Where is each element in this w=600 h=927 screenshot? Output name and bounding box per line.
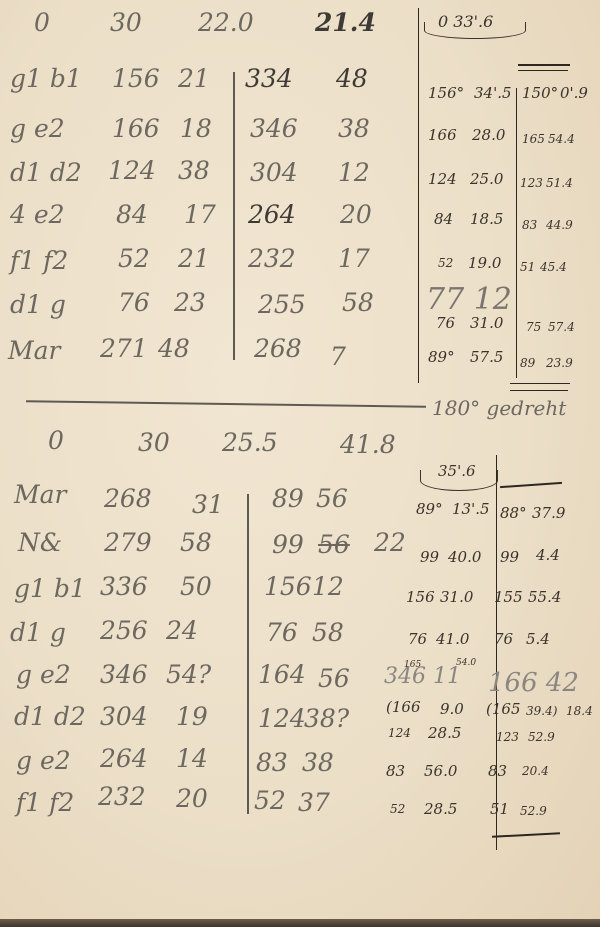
ink-value: (166 [386, 698, 420, 716]
ink-value: 20.4 [522, 764, 549, 778]
ink-value: 40.0 [448, 548, 481, 566]
row-value: 17 [338, 244, 370, 273]
row-value: 346 [250, 114, 298, 143]
ink-value: 52 [438, 256, 453, 270]
notebook-page: 0 30 22.0 21.4 0 33'.6 g1 b1 156 21 334 … [0, 0, 600, 927]
ink-value: 84 [434, 210, 453, 228]
ink-value: 54.4 [548, 132, 575, 146]
lower-header-2: 25.5 [222, 428, 278, 457]
row-label: Mar [14, 480, 66, 509]
ink-value: 56.0 [424, 762, 457, 780]
row-value: 84 [116, 200, 148, 229]
row-value: 58 [342, 288, 374, 317]
row-value: 22 [374, 528, 406, 557]
ink-value: 4.4 [536, 546, 560, 564]
row-value: 58 [312, 618, 344, 647]
row-label: 4 e2 [10, 200, 65, 229]
row-value: 99 [272, 530, 304, 559]
row-value: 255 [258, 290, 306, 319]
upper-ink-top-rule-2 [518, 70, 568, 71]
ink-value: 156 [406, 588, 435, 606]
row-value: 232 [98, 782, 146, 811]
upper-header-3: 21.4 [315, 8, 376, 37]
ink-value: 76 [494, 630, 513, 648]
upper-pencil-overwrite: 77 12 [426, 282, 512, 317]
lower-small-note-1: 165 [404, 660, 421, 670]
row-value: 38 [302, 748, 334, 777]
row-value: 124 [258, 704, 306, 733]
ink-value: 89° [416, 500, 443, 518]
upper-ink-bottom-rule-2 [510, 390, 568, 391]
row-value: 56 [318, 530, 350, 559]
lower-header-1: 30 [138, 428, 170, 457]
ink-value: 9.0 [440, 700, 464, 718]
row-value: 83 [256, 748, 288, 777]
row-label: g1 b1 [14, 574, 86, 603]
row-value: 76 [266, 618, 298, 647]
ink-value: 156° [428, 84, 464, 102]
margin-note: 18.4 [566, 704, 593, 718]
lower-ink-top-rule [500, 482, 562, 488]
ink-value: 124 [388, 726, 411, 740]
upper-ink-bottom-rule [510, 383, 570, 384]
row-value: 19 [176, 702, 208, 731]
row-label: d1 g [10, 618, 66, 647]
lower-table-divider [247, 494, 249, 814]
rotation-note: 180° gedreht [432, 396, 566, 420]
row-value: 12 [338, 158, 370, 187]
row-value: 336 [100, 572, 148, 601]
row-value: 48 [336, 64, 368, 93]
row-value: 21 [178, 244, 210, 273]
ink-value: 52 [390, 802, 405, 816]
ink-value: 123 [520, 176, 543, 190]
ink-value: 28.5 [424, 800, 457, 818]
ink-value: 155 [494, 588, 523, 606]
ink-value: 52.9 [528, 730, 555, 744]
row-value: 18 [180, 114, 212, 143]
ink-value: 150° [522, 84, 558, 102]
upper-header-arc [424, 22, 526, 39]
row-value: 54? [166, 660, 211, 689]
lower-header-3: 41.8 [340, 430, 396, 459]
upper-ink-left-border [418, 8, 419, 383]
row-value: 256 [100, 616, 148, 645]
ink-value: 89° [428, 348, 455, 366]
lower-pencil-overwrite-right: 166 42 [488, 668, 579, 698]
row-value: 7 [330, 342, 346, 371]
row-value: 14 [176, 744, 208, 773]
ink-value: 34'.5 [474, 84, 512, 102]
ink-value: 44.9 [546, 218, 573, 232]
ink-value: (165 [486, 700, 520, 718]
row-value: 24 [166, 616, 198, 645]
row-value: 56 [318, 664, 350, 693]
ink-value: 37.9 [532, 504, 565, 522]
row-value: 21 [178, 64, 210, 93]
row-value: 38 [178, 156, 210, 185]
row-value: 20 [340, 200, 372, 229]
row-label: f1 f2 [16, 788, 74, 817]
row-value: 264 [100, 744, 148, 773]
ink-value: 123 [496, 730, 519, 744]
lower-header-arc [420, 470, 498, 491]
lower-small-note-2: 54.0 [456, 658, 476, 668]
ink-value: 99 [500, 548, 519, 566]
ink-value: 57.4 [548, 320, 575, 334]
row-value: 38 [338, 114, 370, 143]
ink-value: 83 [386, 762, 405, 780]
row-value: 346 [100, 660, 148, 689]
upper-ink-mid-divider [516, 88, 517, 378]
ink-value: 18.5 [470, 210, 503, 228]
upper-header-2: 22.0 [198, 8, 254, 37]
ink-value: 83 [522, 218, 537, 232]
ink-value: 57.5 [470, 348, 503, 366]
row-value: 37 [298, 788, 330, 817]
ink-value: 39.4) [526, 704, 557, 718]
row-label: g e2 [10, 114, 65, 143]
row-value: 268 [254, 334, 302, 363]
ink-value: 28.0 [472, 126, 505, 144]
row-value: 156 [112, 64, 160, 93]
ink-value: 88° [500, 504, 527, 522]
row-value: 89 [272, 484, 304, 513]
ink-value: 52.9 [520, 804, 547, 818]
row-value: 23 [174, 288, 206, 317]
ink-value: 124 [428, 170, 457, 188]
row-value: 166 [112, 114, 160, 143]
row-label: N& [18, 528, 62, 557]
ink-value: 41.0 [436, 630, 469, 648]
ink-value: 55.4 [528, 588, 561, 606]
row-value: 38? [304, 704, 349, 733]
ink-value: 51 [490, 800, 509, 818]
row-label: f1 f2 [10, 246, 68, 275]
row-value: 56 [316, 484, 348, 513]
row-value: 164 [258, 660, 306, 689]
ink-value: 166 [428, 126, 457, 144]
row-value: 17 [184, 200, 216, 229]
row-label: g e2 [16, 660, 71, 689]
ink-value: 13'.5 [452, 500, 490, 518]
row-value: 304 [250, 158, 298, 187]
row-label: g e2 [16, 746, 71, 775]
ink-value: 75 [526, 320, 541, 334]
row-value: 20 [176, 784, 208, 813]
upper-table-divider [233, 72, 235, 360]
row-value: 268 [104, 484, 152, 513]
ink-value: 76 [408, 630, 427, 648]
ink-value: 23.9 [546, 356, 573, 370]
ink-value: 28.5 [428, 724, 461, 742]
row-value: 304 [100, 702, 148, 731]
row-value: 264 [248, 200, 296, 229]
row-label: Mar [8, 336, 60, 365]
lower-header-0: 0 [48, 426, 64, 455]
ink-value: 89 [520, 356, 535, 370]
section-separator [26, 400, 426, 407]
ink-value: 0'.9 [560, 84, 588, 102]
row-value: 52 [118, 244, 150, 273]
row-label: g1 b1 [10, 64, 82, 93]
row-value: 31 [192, 490, 224, 519]
row-label: d1 d2 [14, 702, 86, 731]
ink-value: 51.4 [546, 176, 573, 190]
ink-value: 31.0 [440, 588, 473, 606]
row-value: 271 [100, 334, 148, 363]
row-value: 58 [180, 528, 212, 557]
ink-value: 45.4 [540, 260, 567, 274]
ink-value: 165 [522, 132, 545, 146]
row-value: 156 [264, 572, 312, 601]
row-value: 232 [248, 244, 296, 273]
lower-ink-mid-divider [496, 455, 497, 850]
row-value: 48 [158, 334, 190, 363]
lower-ink-bottom-rule [492, 832, 560, 838]
row-value: 12 [312, 572, 344, 601]
row-value: 50 [180, 572, 212, 601]
row-value: 279 [104, 528, 152, 557]
row-value: 52 [254, 786, 286, 815]
ink-value: 99 [420, 548, 439, 566]
ink-value: 25.0 [470, 170, 503, 188]
upper-header-0: 0 [34, 8, 50, 37]
ink-value: 83 [488, 762, 507, 780]
ink-value: 51 [520, 260, 535, 274]
ink-value: 5.4 [526, 630, 550, 648]
ink-value: 19.0 [468, 254, 501, 272]
upper-ink-top-rule [518, 64, 570, 66]
row-label: d1 d2 [10, 158, 82, 187]
row-label: d1 g [10, 290, 66, 319]
row-value: 334 [245, 64, 293, 93]
row-value: 124 [108, 156, 156, 185]
row-value: 76 [118, 288, 150, 317]
upper-header-1: 30 [110, 8, 142, 37]
lower-pencil-overwrite-left: 346 11 [384, 664, 461, 689]
